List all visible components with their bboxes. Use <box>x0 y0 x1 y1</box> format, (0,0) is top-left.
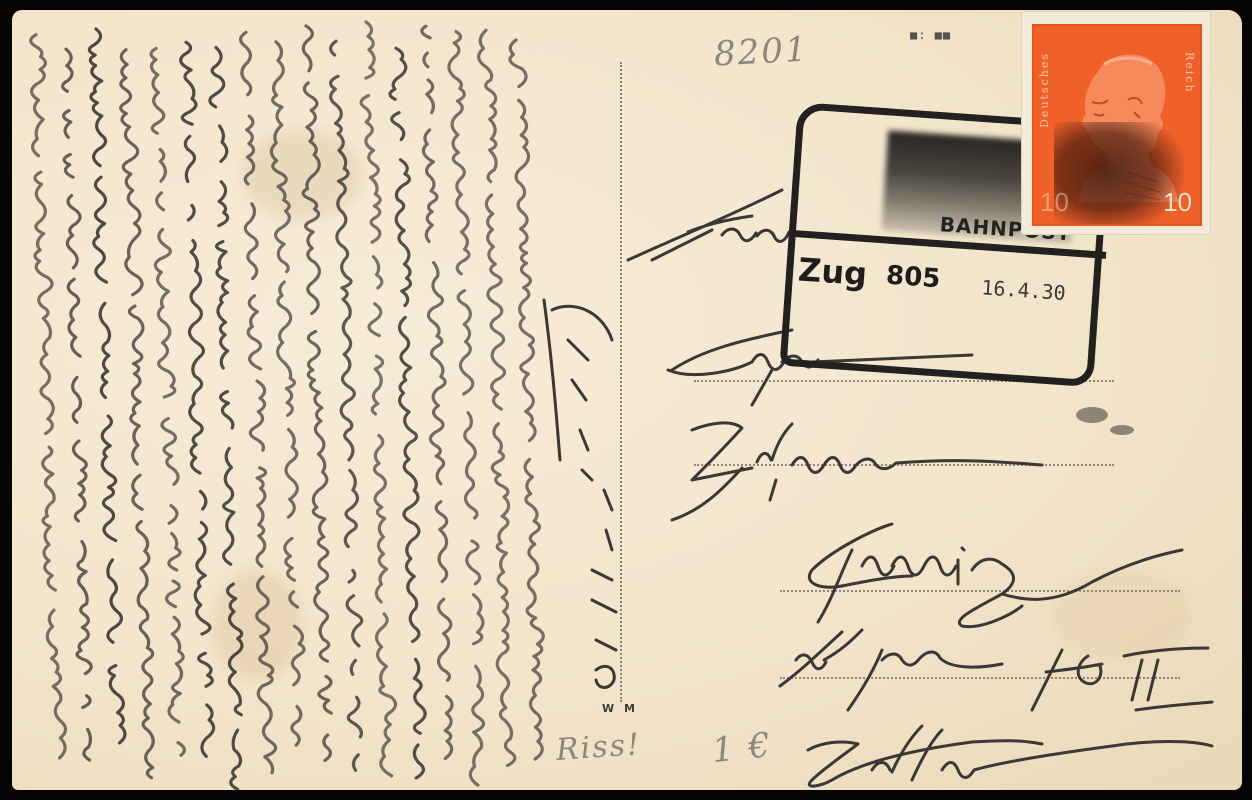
publisher-mark: W M <box>602 702 638 715</box>
scan-frame: 8201 Riss! 1 € W M ■: ■■ BAHNPOST Zug 80… <box>0 0 1252 800</box>
postage-stamp: Deutsches Reich 10 10 <box>1022 12 1210 234</box>
postcard: 8201 Riss! 1 € W M ■: ■■ BAHNPOST Zug 80… <box>12 10 1242 790</box>
stamp-country-right: Reich <box>1183 52 1196 94</box>
price-note: 1 € <box>710 725 774 771</box>
stamp-face: Deutsches Reich 10 10 <box>1032 24 1202 226</box>
cancel-train-label: Zug <box>797 250 868 293</box>
stamp-country-left: Deutsches <box>1038 52 1051 128</box>
reference-number: 8201 <box>713 30 809 75</box>
condition-note: Riss! <box>555 727 642 768</box>
stamp-value-left: 10 <box>1040 187 1069 218</box>
cancel-train-number: 805 <box>885 261 941 295</box>
stamp-value-right: 10 <box>1163 187 1192 218</box>
ink-speck: ■: ■■ <box>910 28 951 42</box>
